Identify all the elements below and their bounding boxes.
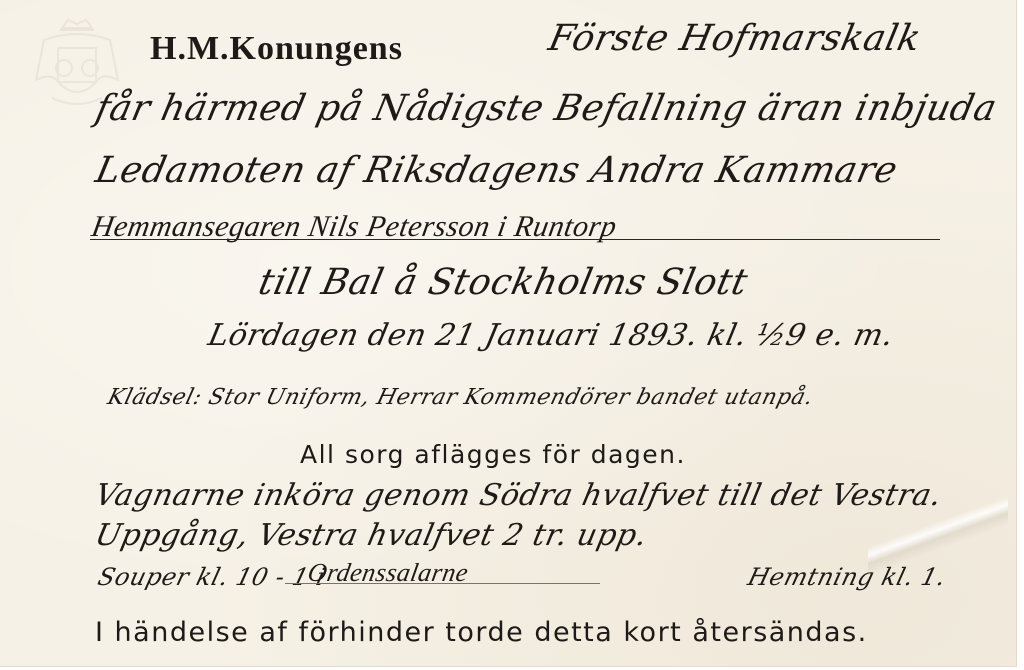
invitation-card: H.M.Konungens Förste Hofmarskalk får här… [0,0,1017,667]
supper-underline [285,583,600,584]
carriages-line: Vagnarne inköra genom Södra hvalfvet til… [92,478,945,513]
entrance-line: Uppgång, Vestra hvalfvet 2 tr. upp. [92,518,650,553]
date-line: Lördagen den 21 Januari 1893. kl. ½9 e. … [205,318,897,353]
recipient-group-line: Ledamoten af Riksdagens Andra Kammare [92,150,901,191]
recipient-underline [90,239,940,240]
return-line: I händelse af förhinder torde detta kort… [95,617,868,648]
dress-code-line: Klädsel: Stor Uniform, Herrar Kommendöre… [105,385,816,410]
invite-line: får härmed på Nådigste Befallning äran i… [92,88,1000,129]
event-line: till Bal å Stockholms Slott [255,262,751,303]
issuer-title: Förste Hofmarskalk [545,18,925,59]
mourning-line: All sorg aflägges för dagen. [300,440,686,469]
supper-label: Souper kl. 10 - 1 i [95,563,328,591]
paper-crease [868,470,1008,590]
issuer-printed: H.M.Konungens [150,30,403,68]
